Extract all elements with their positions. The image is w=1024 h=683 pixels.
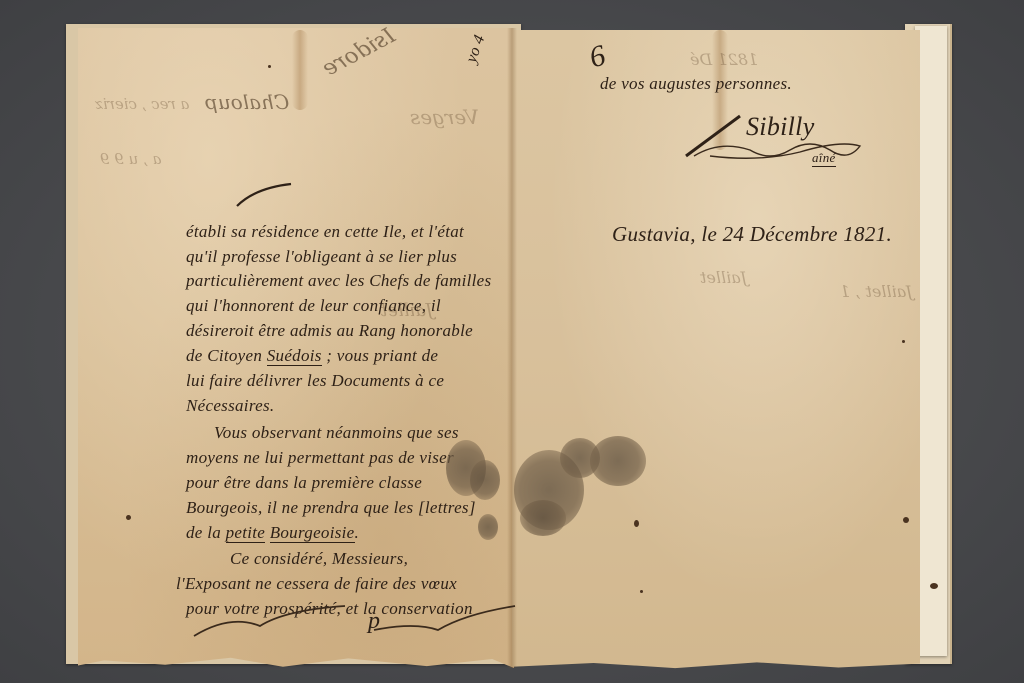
book-gutter xyxy=(507,28,517,668)
ink-flourish xyxy=(190,600,350,640)
bleed-through-text: Jaillet xyxy=(700,268,747,287)
foxing-spot xyxy=(930,583,938,589)
foxing-spot xyxy=(903,517,909,523)
letter-line: établi sa résidence en cette Ile, et l'é… xyxy=(186,222,464,242)
underlined-word: petite xyxy=(226,523,266,543)
ink-stain xyxy=(590,436,646,486)
bleed-through-text: Verges xyxy=(410,105,479,129)
letter-line-text: de la xyxy=(186,523,226,542)
ink-flourish xyxy=(370,600,520,640)
letter-line-text: de Citoyen xyxy=(186,346,267,365)
foxing-spot xyxy=(126,515,131,520)
letter-line: désireroit être admis au Rang honorable xyxy=(186,321,473,341)
ink-flourish xyxy=(235,180,295,210)
letter-line: Ce considéré, Messieurs, xyxy=(230,549,408,569)
water-drip-stain xyxy=(292,30,308,110)
underlined-word: Suédois xyxy=(267,346,322,366)
catchword: p xyxy=(368,608,380,635)
signature-suffix: aîné xyxy=(812,150,836,167)
letter-line: qui l'honnorent de leur confiance, il xyxy=(186,296,441,316)
letter-line: pour être dans la première classe xyxy=(186,473,422,493)
letter-line-text: . xyxy=(355,523,360,542)
underlined-word: Bourgeoisie xyxy=(270,523,355,543)
letter-line: lui faire délivrer les Documents à ce xyxy=(186,371,444,391)
bleed-through-text: Chaloup xyxy=(205,90,289,114)
ink-stain xyxy=(470,460,500,500)
letter-line: l'Exposant ne cessera de faire des vœux xyxy=(176,574,457,594)
letter-line-text: ; vous priant de xyxy=(322,346,439,365)
foxing-spot xyxy=(268,65,271,68)
foxing-spot xyxy=(640,590,643,593)
signature-name: Sibilly xyxy=(746,112,815,142)
letter-line: particulièrement avec les Chefs de famil… xyxy=(186,271,491,291)
bleed-through-text: Jaillet , 1 xyxy=(840,282,913,301)
letter-line: de la petite Bourgeoisie. xyxy=(186,523,359,543)
bleed-through-text: a , u 9 9 xyxy=(100,150,162,168)
foxing-spot xyxy=(634,520,639,527)
foxing-spot xyxy=(902,340,905,343)
letter-line: qu'il professe l'obligeant à se lier plu… xyxy=(186,247,457,267)
place-date: Gustavia, le 24 Décembre 1821. xyxy=(612,222,892,247)
bleed-through-text: 1821 Dé xyxy=(690,50,758,69)
letter-line: Bourgeois, il ne prendra que les [lettre… xyxy=(186,498,476,518)
letter-line: de Citoyen Suédois ; vous priant de xyxy=(186,346,438,366)
closing-line: de vos augustes personnes. xyxy=(600,74,792,94)
letter-line: moyens ne lui permettant pas de viser xyxy=(186,448,454,468)
ink-stain xyxy=(478,514,498,540)
ink-stain xyxy=(520,500,566,536)
letter-line: Vous observant néanmoins que ses xyxy=(214,423,459,443)
bleed-through-text: a rec , cieriz xyxy=(95,95,189,113)
letter-line: Nécessaires. xyxy=(186,396,274,416)
